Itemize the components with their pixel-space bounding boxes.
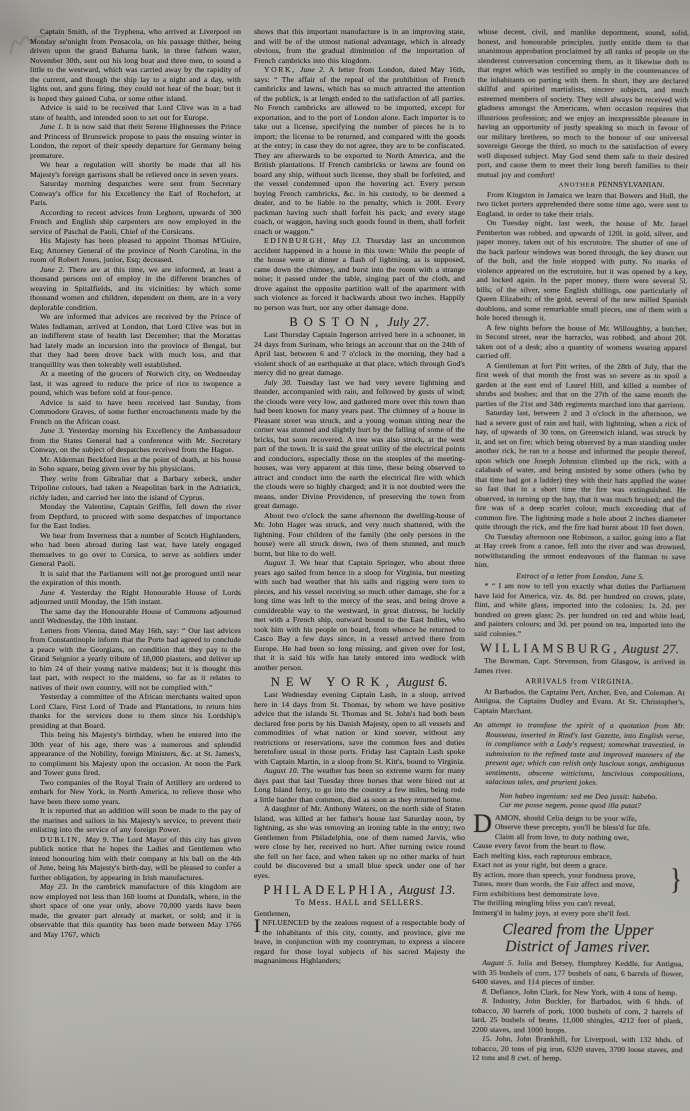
paragraph-text: Mr. Alderman Beckford lies at the point … (30, 455, 241, 474)
paragraph-text: Captain Smith, of the Tryphena, who arri… (30, 27, 241, 103)
dateline-lead: 8. (482, 987, 488, 996)
dateline-lead: May 9. (85, 835, 108, 844)
city-dateline-heading: NEW YORK,August 6. (254, 675, 465, 689)
paragraph-text: We hear a regulation will shortly be mad… (30, 160, 241, 179)
dateline-lead: June 1. (40, 122, 64, 131)
news-paragraph: On Tuesday afternoon one Robinson, a sai… (475, 531, 686, 570)
news-paragraph: 15. John, John Brankhill, for Liverpool,… (472, 1034, 683, 1064)
subheading-text: ARRIVALS from VIRGINIA. (525, 676, 634, 686)
paragraph-text: Industry, John Buckler, for Barbados, wi… (472, 996, 683, 1034)
dateline-lead: August 10. (264, 766, 299, 775)
news-paragraph: We hear a regulation will shortly be mad… (30, 160, 241, 179)
dateline-lead: June 4. (40, 588, 66, 597)
signature-lead: ANOTHER (559, 181, 596, 188)
news-paragraph: Advice is said to be received that Lord … (30, 103, 241, 122)
verse-line: Cause every favor from the heart to flow… (473, 841, 684, 852)
note-text: An attempt to transfuse the spirit of a … (474, 720, 685, 787)
letter-extract-heading: Extract of a letter from London, June 5. (475, 570, 686, 581)
paragraph-text: Monday the Valentine, Captain Griffin, f… (30, 502, 241, 530)
dateline-lead: August 5. (482, 958, 514, 967)
paragraph-text: shows that this important manufacture is… (254, 27, 465, 65)
news-paragraph: A daughter of Mr. Anthony Waters, on the… (254, 804, 465, 880)
newspaper-column-2: shows that this important manufacture is… (254, 27, 465, 1111)
paragraph-text: whose decent, civil, and manlike deportm… (477, 27, 689, 179)
dateline-date: August 13. (399, 883, 456, 897)
news-paragraph: Advice is said to have been received las… (30, 398, 241, 427)
paragraph-text: A Gentleman at fort Pitt writes, of the … (476, 361, 687, 409)
news-paragraph: EDINBURGH, May 13. Thursday last an unco… (254, 236, 465, 312)
heading-text: Cleared from the Upper District of James… (502, 921, 653, 955)
paragraph-text: We hear from Inverness that a number of … (30, 531, 241, 569)
paragraph-text: His Majesty has been pleased to appoint … (30, 236, 241, 264)
dateline-lead: June 2. (40, 265, 65, 274)
clearance-heading: Cleared from the Upper District of James… (478, 922, 677, 956)
news-paragraph: Monday the Valentine, Captain Griffin, f… (30, 502, 241, 531)
paragraph-text: A few nights before the house of Mr. Wil… (476, 323, 687, 361)
news-paragraph: On Tuesday night, last week, the house o… (476, 218, 688, 324)
signature-name: PENNSYLVANIAN. (598, 180, 664, 189)
editorial-note: An attempt to transfuse the spirit of a … (473, 720, 684, 788)
dateline-lead: July 30. (264, 378, 292, 387)
paragraph-text: The same day the Honourable House of Com… (30, 607, 241, 626)
news-paragraph: DUBLIN, May 9. The Lord Mayor of this ci… (30, 835, 241, 883)
paragraph-text: On Tuesday night, last week, the house o… (476, 218, 688, 322)
paragraph-text: According to recent advices from Leghorn… (30, 208, 241, 236)
dateline-date: August 27. (622, 642, 679, 656)
subheading-text: To Mess. HALL and SELLERS. (295, 898, 423, 907)
paragraph-text: They write from Gibraltar that a Barbary… (30, 474, 241, 502)
news-paragraph: Last Wednesday evening Captain Lash, in … (254, 690, 465, 766)
news-paragraph: Saturday last, between 2 and 3 o'clock i… (475, 408, 687, 533)
news-paragraph: Letters from Vienna, dated May 16th, say… (30, 626, 241, 693)
city-dateline-heading: BOSTON,July 27. (254, 315, 465, 329)
latin-epigraph: Non habeo ingenium: sed me Dea jussit: h… (473, 790, 684, 810)
paragraph-text: Saturday last, between 2 and 3 o'clock i… (475, 408, 687, 532)
news-paragraph: Two companies of the Royal Train of Arti… (30, 778, 241, 807)
news-paragraph: Mr. Alderman Beckford lies at the point … (30, 455, 241, 474)
drop-cap: D (473, 812, 495, 833)
news-paragraph: It is said that the Parliament will not … (30, 569, 241, 588)
paragraph-text: We hear that Captain Springer, who about… (254, 558, 465, 672)
dateline-lead: June 2. (300, 65, 325, 74)
news-paragraph: July 30. Tuesday last we had very severe… (254, 378, 465, 511)
news-paragraph: At Barbados, the Captains Pert, Archer, … (474, 686, 685, 716)
news-paragraph: August 3. We hear that Captain Springer,… (254, 558, 465, 672)
verse-brace: } (670, 862, 682, 897)
newspaper-columns: Captain Smith, of the Tryphena, who arri… (0, 0, 690, 1111)
paragraph-text: At Barbados, the Captains Pert, Archer, … (474, 687, 685, 715)
dateline-date: August 6. (398, 675, 448, 689)
paragraph-text: Advice is said to have been received las… (30, 398, 241, 426)
news-paragraph: His Majesty has been pleased to appoint … (30, 236, 241, 265)
paragraph-text: On Tuesday afternoon one Robinson, a sai… (475, 532, 686, 570)
dateline-lead: June 3. (40, 426, 65, 435)
paragraph-text: A letter from London, dated May 16th, sa… (254, 65, 465, 236)
section-subheading: To Mess. HALL and SELLERS. (254, 898, 465, 908)
paragraph-text: This being his Majesty's birthday, when … (30, 730, 241, 777)
dateline-lead: 15. (482, 1034, 492, 1043)
paragraph-text: Yesterday a committee of the African mer… (30, 692, 241, 730)
news-paragraph: August 5. Julia and Betsey, Humphrey Ked… (472, 958, 683, 988)
news-paragraph: They write from Gibraltar that a Barbary… (30, 474, 241, 503)
paragraph-text: Thursday last an uncommon accident happe… (254, 236, 465, 312)
news-paragraph: May 23. In the cambrick manufacture of t… (30, 882, 241, 939)
paragraph-text: Letters from Vienna, dated May 16th, say… (30, 626, 241, 692)
city-name: PHILADELPHIA, (263, 883, 395, 897)
news-paragraph: A Gentleman at fort Pitt writes, of the … (476, 360, 687, 409)
city-name: WILLIAMSBURG, (480, 641, 619, 656)
dateline-date: July 27. (387, 315, 429, 329)
paragraph-text: The Bowman, Capt. Stevenson, from Glasgo… (474, 656, 685, 675)
news-paragraph: June 3. Yesterday morning his Excellency… (30, 426, 241, 455)
news-paragraph: It is reported that an addition will soo… (30, 806, 241, 835)
verse-line: Observe these precepts, you'll be bless'… (473, 822, 684, 833)
news-paragraph: Saturday morning despatches were sent fr… (30, 179, 241, 208)
news-paragraph: whose decent, civil, and manlike deportm… (477, 27, 689, 180)
news-paragraph: A few nights before the house of Mr. Wil… (476, 322, 687, 361)
news-paragraph: The same day the Honourable House of Com… (30, 607, 241, 626)
paragraph-text: It is reported that an addition will soo… (30, 806, 241, 834)
city-dateline-heading: WILLIAMSBURG,August 27. (474, 641, 685, 656)
news-paragraph: YORK, June 2. A letter from London, date… (254, 65, 465, 236)
news-paragraph: The Bowman, Capt. Stevenson, from Glasgo… (474, 656, 685, 676)
news-paragraph: We hear from Inverness that a number of … (30, 531, 241, 569)
verse-line: Tunes, more than words, the Fair affect … (473, 879, 684, 890)
paragraph-text: From Kingston in Jamaica we learn that B… (477, 190, 688, 219)
news-paragraph: About two o'clock the same afternoon the… (254, 511, 465, 559)
city-name: BOSTON, (289, 315, 384, 329)
heading-text: Extract of a letter from London, June 5. (516, 571, 644, 581)
paragraph-text: Tuesday last we had very severe lightnin… (254, 378, 465, 511)
news-paragraph: Yesterday a committee of the African mer… (30, 692, 241, 730)
news-paragraph: From Kingston in Jamaica we learn that B… (477, 189, 688, 219)
news-paragraph: According to recent advices from Leghorn… (30, 208, 241, 237)
paragraph-text: Defiance, John Clark, for New York, with… (490, 987, 677, 997)
news-paragraph: shows that this important manufacture is… (254, 27, 465, 65)
paragraph-text: Last Wednesday evening Captain Lash, in … (254, 690, 465, 766)
news-paragraph: * “ I am now to tell you exactly what du… (474, 581, 685, 639)
paragraph-text: It is said that the Parliament will not … (30, 569, 241, 588)
verse-line: The thrilling mingling bliss you can't r… (473, 898, 684, 909)
paragraph-text: At a meeting of the grocers of Norwich c… (30, 369, 241, 397)
city-name: NEW YORK, (271, 675, 395, 689)
verse-line: Cur me posse negem, posse quod illa puta… (499, 800, 684, 811)
dateline-lead: May 23. (40, 882, 68, 891)
paragraph-text: Two companies of the Royal Train of Arti… (30, 778, 241, 806)
salutation-text: Gentlemen, (254, 909, 290, 918)
newspaper-column-1: Captain Smith, of the Tryphena, who arri… (30, 27, 241, 1111)
letter-salutation: Gentlemen, (254, 909, 465, 919)
dateline-city: DUBLIN, (40, 835, 82, 844)
news-paragraph: June 4. Yesterday the Right Honourable H… (30, 588, 241, 607)
news-paragraph: Captain Smith, of the Tryphena, who arri… (30, 27, 241, 103)
news-paragraph: This being his Majesty's birthday, when … (30, 730, 241, 778)
dateline-city: YORK, (264, 65, 296, 74)
verse-line: Exact not as your right, but deem a grac… (473, 860, 684, 871)
paragraph-text: * “ I am now to tell you exactly what du… (474, 581, 685, 638)
verse-poem: DAMON, should Celia deign to be your wif… (473, 812, 685, 918)
paragraph-text: We are informed that advices are receive… (30, 312, 241, 369)
dateline-lead: August 3. (264, 558, 296, 567)
newspaper-column-3: whose decent, civil, and manlike deportm… (471, 27, 689, 1111)
dateline-lead: 8. (482, 996, 488, 1005)
news-paragraph: At a meeting of the grocers of Norwich c… (30, 369, 241, 398)
paragraph-text: Saturday morning despatches were sent fr… (30, 179, 241, 207)
dateline-lead: May 13. (332, 236, 361, 245)
city-dateline-heading: PHILADELPHIA,August 13. (254, 883, 465, 897)
dropcap-paragraph: INFLUENCED by the zealous request of a r… (254, 918, 465, 966)
verse-line: Immerg'd in balmy joys, at every pore sh… (473, 907, 684, 918)
news-paragraph: 8. Industry, John Buckler, for Barbados,… (472, 996, 683, 1035)
newspaper-scan-page: Captain Smith, of the Tryphena, who arri… (0, 0, 690, 1111)
paragraph-text: Last Thursday Captain Ingerson arrived h… (254, 330, 465, 377)
paragraph-text: About two o'clock the same afternoon the… (254, 511, 465, 558)
news-paragraph: August 10. The weather has been so extre… (254, 766, 465, 804)
news-paragraph: June 1. It is now said that their Serene… (30, 122, 241, 160)
news-paragraph: We are informed that advices are receive… (30, 312, 241, 369)
paragraph-text: Advice is said to be received that Lord … (30, 103, 241, 122)
dateline-city: EDINBURGH, (264, 236, 327, 245)
news-paragraph: June 2. There are at this time, we are i… (30, 265, 241, 313)
section-subheading: ARRIVALS from VIRGINIA. (474, 676, 685, 687)
paragraph-text: NFLUENCED by the zealous request of a re… (254, 918, 465, 965)
news-paragraph: Last Thursday Captain Ingerson arrived h… (254, 330, 465, 378)
paragraph-text: John, John Brankhill, for Liverpool, wit… (472, 1034, 683, 1062)
paragraph-text: A daughter of Mr. Anthony Waters, on the… (254, 804, 465, 880)
